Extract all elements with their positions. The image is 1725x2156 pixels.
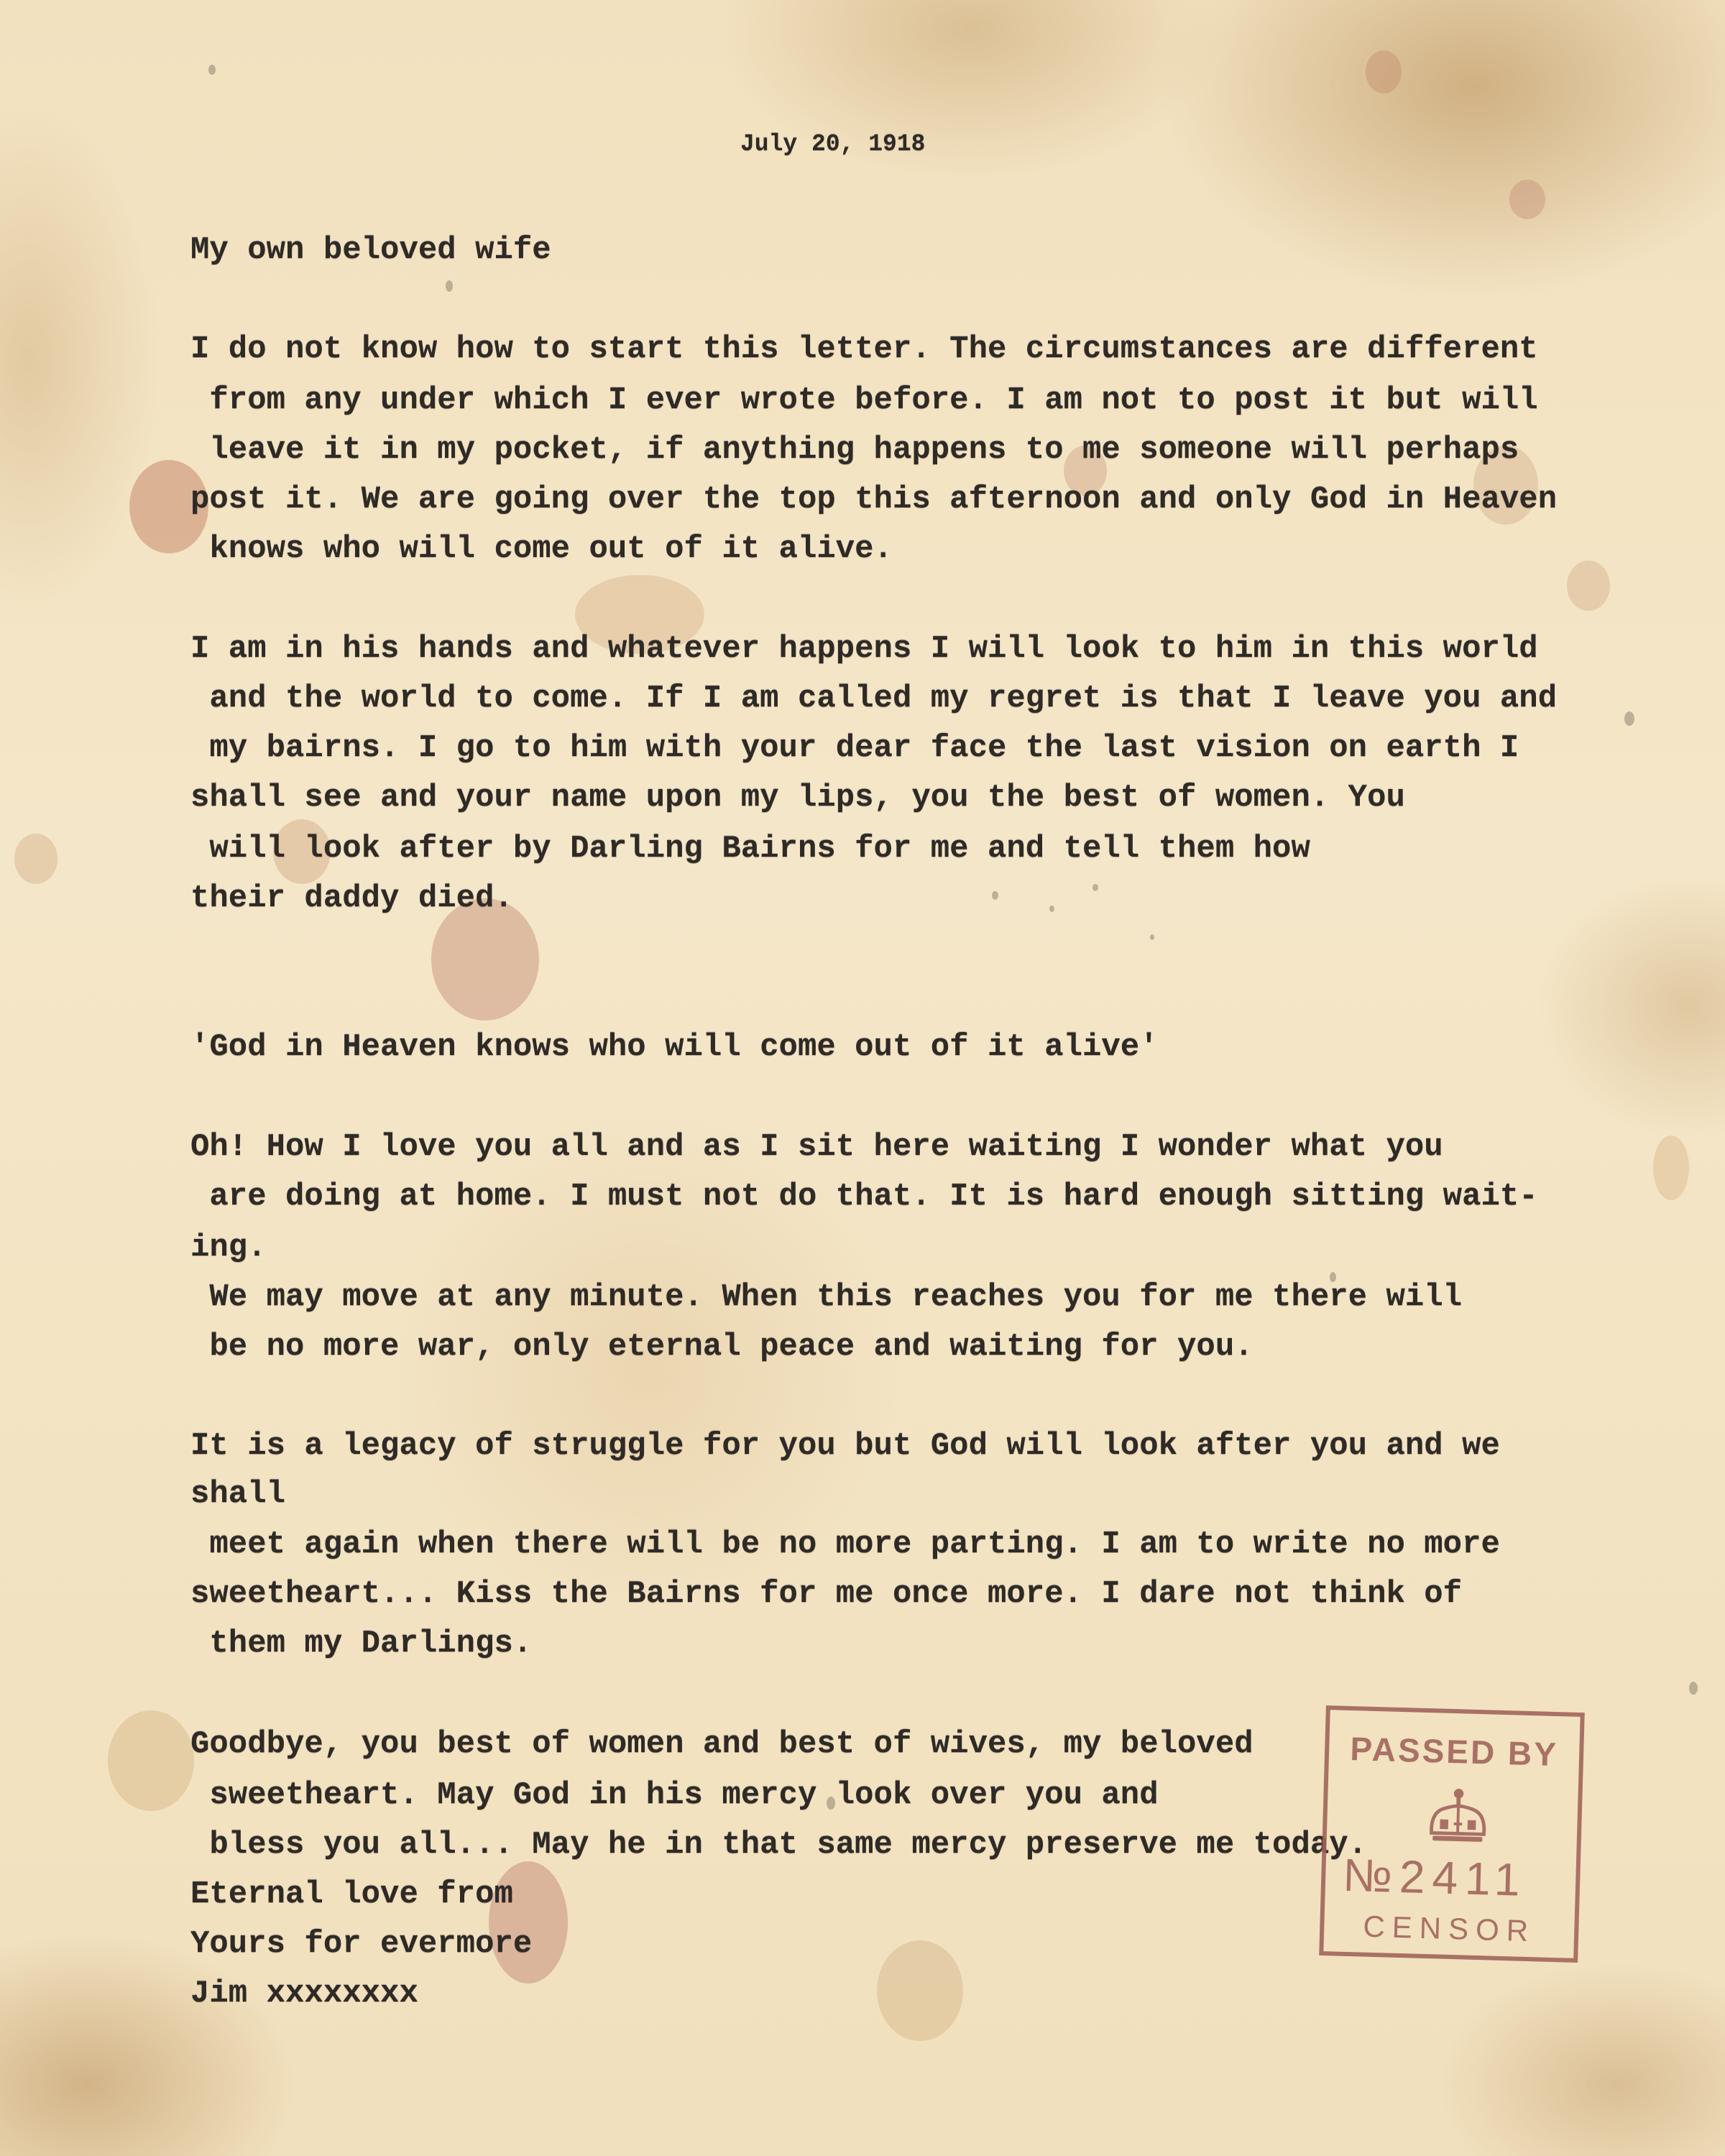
letter-paper: July 20, 1918 My own beloved wife I do n… [0,0,1725,2156]
stain [1567,561,1610,611]
speckle [208,65,216,75]
paragraph-2-line: their daddy died. [190,883,513,914]
stain [14,834,57,884]
stamp-top-text: PASSED BY [1329,1728,1580,1774]
stain [877,1940,963,2041]
stain [1509,180,1545,219]
paragraph-2-line: my bairns. I go to him with your dear fa… [190,732,1519,764]
closing-line: Goodbye, you best of women and best of w… [190,1728,1253,1760]
stain [108,1710,194,1811]
paragraph-2-line: I am in his hands and whatever happens I… [190,633,1538,665]
paragraph-3-line: are doing at home. I must not do that. I… [190,1181,1538,1212]
paragraph-3-line: ing. [190,1232,267,1263]
paragraph-2-line: shall see and your name upon my lips, yo… [190,782,1405,814]
stamp-number: №2411 [1342,1848,1569,1908]
paragraph-1-line: I do not know how to start this letter. … [190,333,1538,365]
speckle [992,891,998,900]
sign-off-line: Yours for evermore [190,1928,532,1960]
speckle [1049,906,1054,912]
paragraph-4-line: It is a legacy of struggle for you but G… [190,1430,1500,1462]
paragraph-4-line: sweetheart... Kiss the Bairns for me onc… [190,1578,1462,1610]
paragraph-2-line: will look after by Darling Bairns for me… [190,833,1310,865]
paragraph-3-line: be no more war, only eternal peace and w… [190,1331,1253,1363]
speckle [1150,934,1154,940]
sign-off-line: Eternal love from [190,1879,513,1910]
letter-date: July 20, 1918 [740,132,925,156]
paragraph-1-line: post it. We are going over the top this … [190,484,1557,515]
stamp-bottom-text: CENSOR [1324,1908,1575,1950]
stain [431,898,539,1021]
paragraph-4-line: shall [190,1478,285,1510]
paragraph-1-line: leave it in my pocket, if anything happe… [190,434,1519,466]
paragraph-4-line: meet again when there will be no more pa… [190,1529,1500,1560]
paragraph-3-line: Oh! How I love you all and as I sit here… [190,1131,1443,1163]
speckle [1624,711,1634,726]
closing-line: bless you all... May he in that same mer… [190,1829,1367,1861]
stain [1366,50,1402,93]
paragraph-1-line: from any under which I ever wrote before… [190,384,1538,416]
censor-stamp: PASSED BY №2411 CENSOR [1319,1705,1585,1963]
speckle [1689,1682,1698,1695]
paragraph-1-line: knows who will come out of it alive. [190,533,893,565]
signature: Jim xxxxxxxx [190,1978,418,2009]
quote-line: 'God in Heaven knows who will come out o… [190,1031,1159,1063]
paragraph-4-line: them my Darlings. [190,1628,532,1659]
closing-line: sweetheart. May God in his mercy look ov… [190,1779,1159,1811]
stain [1653,1135,1689,1200]
paragraph-2-line: and the world to come. If I am called my… [190,683,1557,714]
salutation: My own beloved wife [190,234,551,266]
crown-icon [1422,1784,1494,1856]
paragraph-3-line: We may move at any minute. When this rea… [190,1281,1462,1313]
speckle [1092,884,1098,891]
speckle [446,280,453,292]
